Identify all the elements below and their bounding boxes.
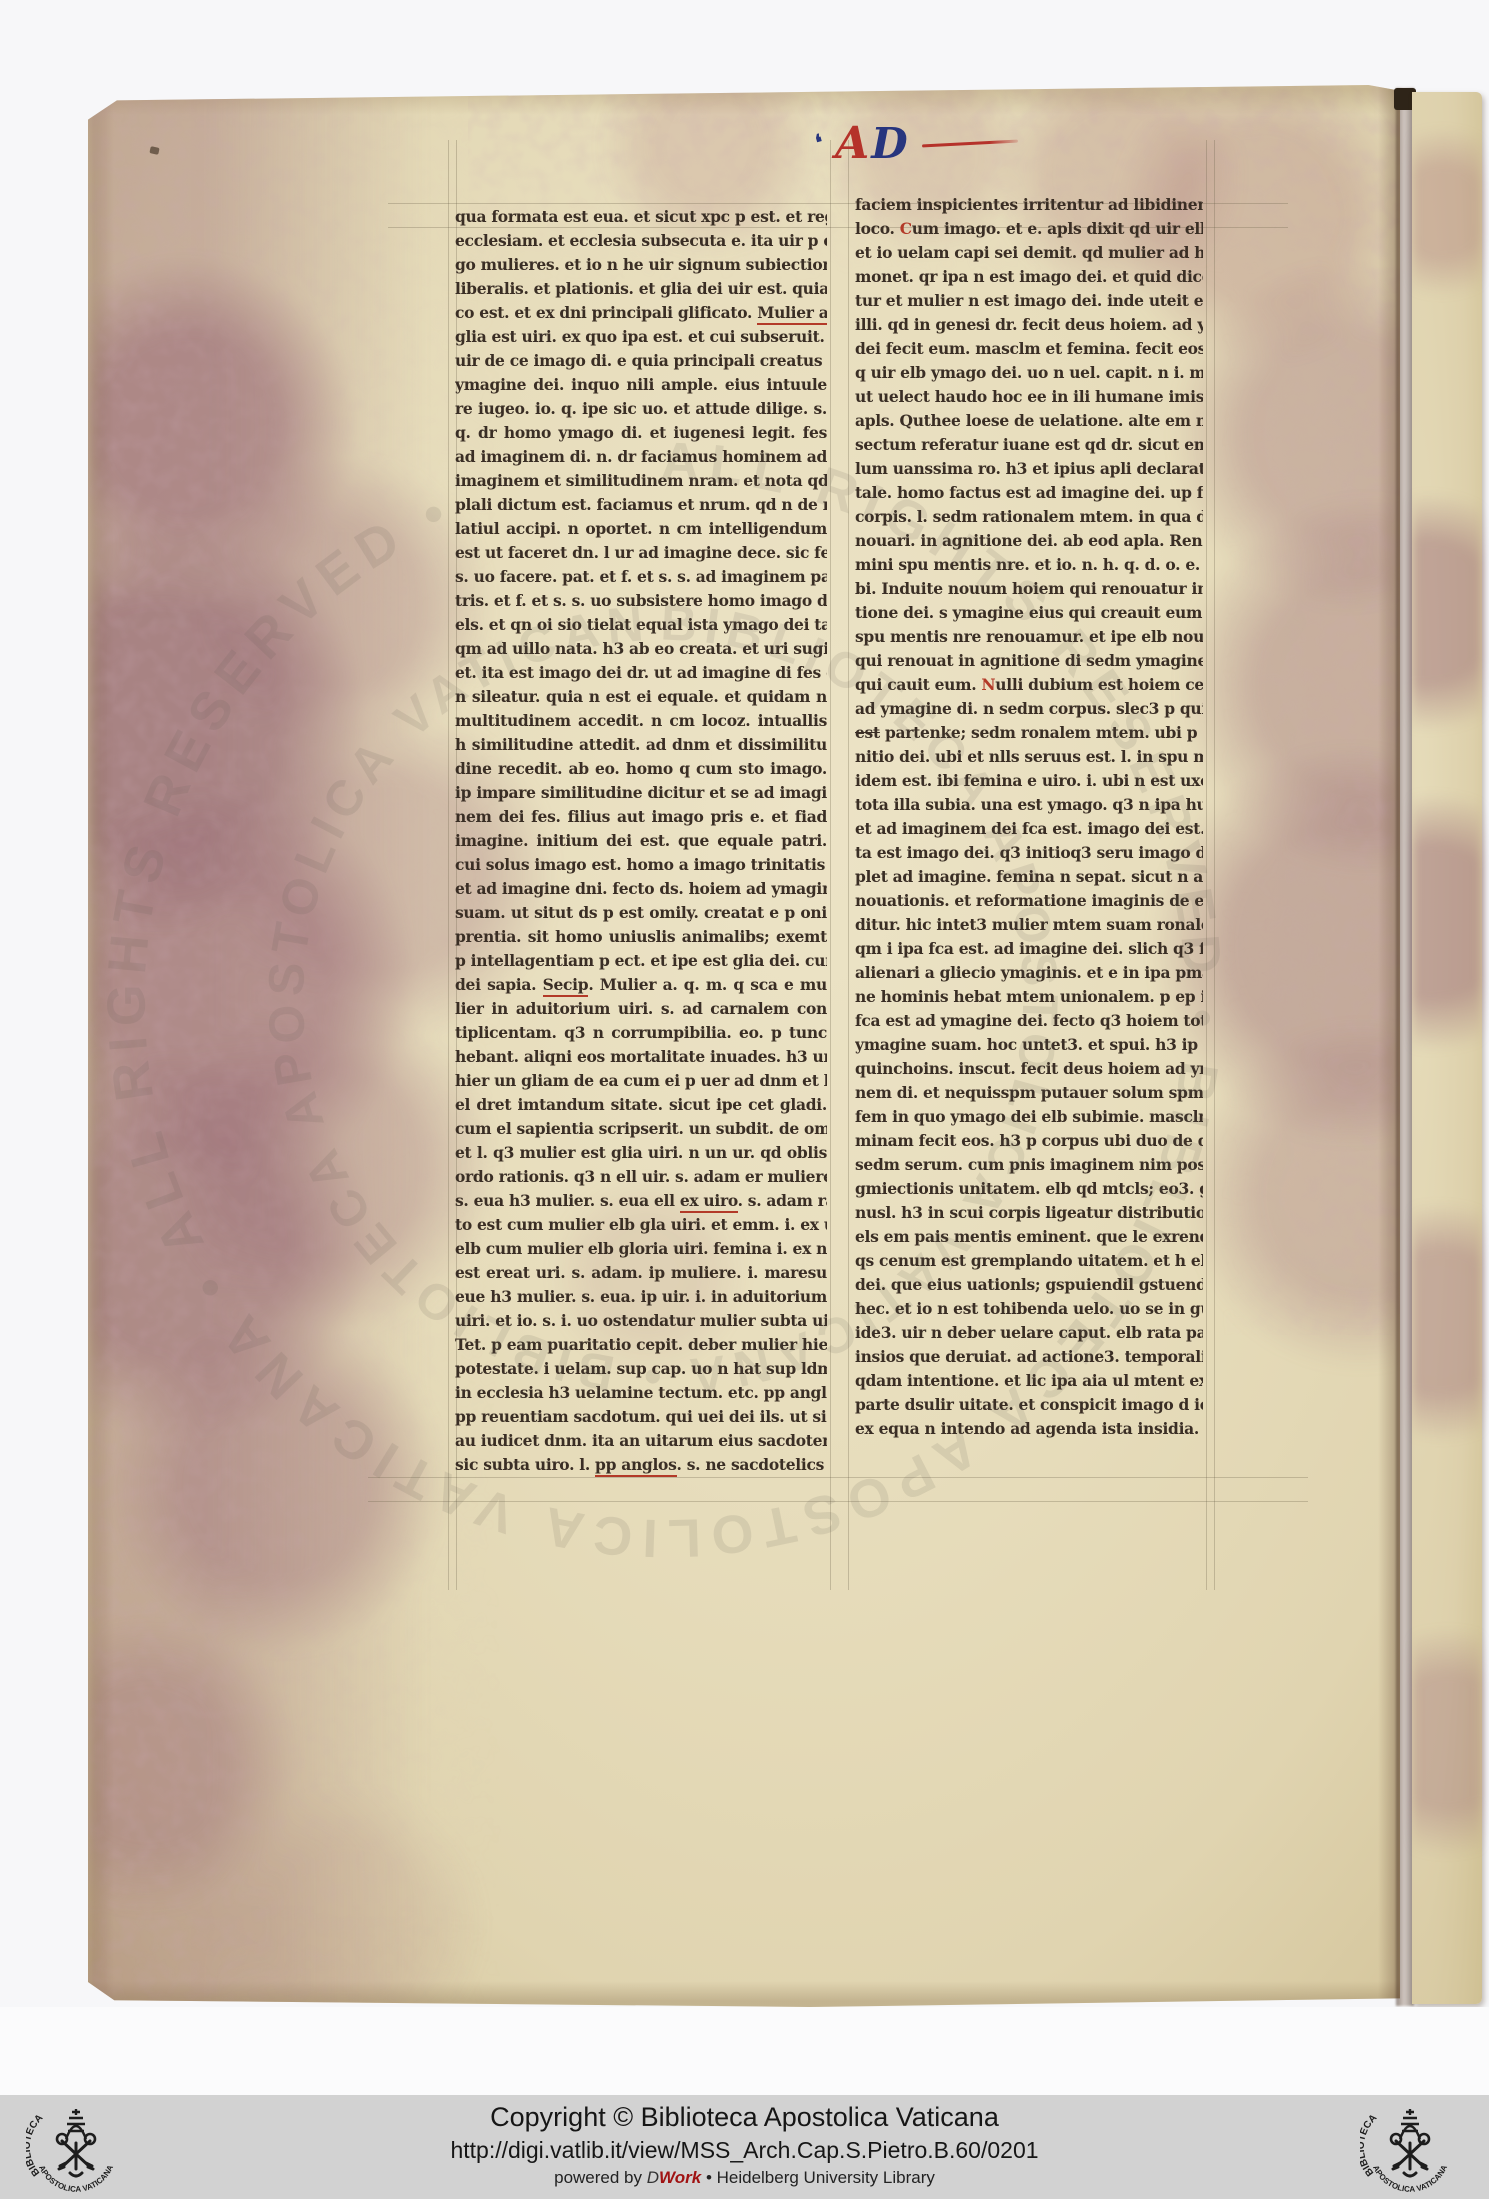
ruling-line [448,140,449,1590]
manuscript-line: tris. et f. et s. s. uo subsistere homo … [455,589,827,613]
manuscript-line: to est cum mulier elb gla uiri. et emm. … [455,1213,827,1237]
manuscript-line: dei sapia. Secip. Mulier a. q. m. q sca … [455,973,827,997]
rubric-mark: Mulier aut [757,303,827,325]
manuscript-line: lier in aduitorium uiri. s. ad carnalem … [455,997,827,1021]
manuscript-line: pp reuentiam sacdotum. qui uei dei ils. … [455,1405,827,1429]
manuscript-url: http://digi.vatlib.it/view/MSS_Arch.Cap.… [450,2137,1038,2164]
manuscript-line: ad imaginem di. n. dr faciamus hominem a… [455,445,827,469]
manuscript-line: ymagine dei. inquo nili ample. eius intu… [455,373,827,397]
running-header-ornament: ❛ A D [816,115,1018,171]
manuscript-line: glia est uiri. ex quo ipa est. et cui su… [455,325,827,349]
manuscript-line: els em pais mentis eminent. que le exren… [855,1225,1203,1249]
text-column-left: qua formata est eua. et sicut xpc p est.… [455,205,827,1477]
manuscript-line [855,1441,1203,1465]
manuscript-line: corpis. l. sedm rationalem mtem. in qua … [855,505,1203,529]
manuscript-line: nouationis. et reformatione imaginis de … [855,889,1203,913]
manuscript-line: au iudicet dnm. ita an uitarum eius sacd… [455,1429,827,1453]
manuscript-line: plet ad imagine. femina n sepat. sicut n… [855,865,1203,889]
manuscript-line: potestate. i uelam. sup cap. uo n hat su… [455,1357,827,1381]
manuscript-line: nem di. et nequisspm putauer solum spm h… [855,1081,1203,1105]
manuscript-line: idem est. ibi femina e uiro. i. ubi n es… [855,769,1203,793]
manuscript-line: apls. Quthee loese de uelatione. alte em… [855,409,1203,433]
manuscript-line: est ereat uri. s. adam. ip muliere. i. m… [455,1261,827,1285]
manuscript-line: lum uanssima ro. h3 et ipius apli declar… [855,457,1203,481]
manuscript-line: minam fecit eos. h3 p corpus ubi duo de … [855,1129,1203,1153]
manuscript-line: parte dsulir uitate. et conspicit imago … [855,1393,1203,1417]
ruling-line [368,1477,1308,1478]
rubric-mark: C [900,219,912,238]
manuscript-line: ne hominis hebat mtem unionalem. p ep ip… [855,985,1203,1009]
manuscript-line: ex equa n intendo ad agenda ista insidia… [855,1417,1203,1441]
copyright-text: Copyright © Biblioteca Apostolica Vatica… [490,2102,999,2133]
manuscript-line: tale. homo factus est ad imagine dei. up… [855,481,1203,505]
manuscript-line: plali dictum est. faciamus et nrum. qd n… [455,493,827,517]
manuscript-line: ymagine suam. hoc untet3. et spui. h3 ip… [855,1033,1203,1057]
copyright-bar: BIBLIOTECA APOSTOLICA VATICANA Copyright… [0,2095,1489,2199]
manuscript-line: ad ymagine di. n sedm corpus. slec3 p qu… [855,697,1203,721]
ruling-line [368,1501,1308,1502]
manuscript-line: co est. et ex dni principali glificato. … [455,301,827,325]
header-letter-a: A [835,118,869,169]
vatican-library-emblem: BIBLIOTECA APOSTOLICA VATICANA [1360,2097,1460,2197]
manuscript-line: suam. ut situt ds p est omily. creatat e… [455,901,827,925]
manuscript-line: ecclesiam. et ecclesia subsecuta e. ita … [455,229,827,253]
powered-by-text: powered by DWork • Heidelberg University… [554,2168,935,2188]
manuscript-line: et ad imagine dni. fecto ds. hoiem ad ym… [455,877,827,901]
manuscript-line: dei fecit eum. masclm et femina. fecit e… [855,337,1203,361]
manuscript-line: quinchoins. inscut. fecit deus hoiem ad … [855,1057,1203,1081]
dwork-d: D [647,2168,659,2187]
scan-background [0,2007,1489,2095]
digitized-manuscript-page: ❛ A D qua formata est eua. et sicut xpc … [0,0,1489,2199]
manuscript-line: illi. qd in genesi dr. fecit deus hoiem.… [855,313,1203,337]
manuscript-line: go mulieres. et io n he uir signum subie… [455,253,827,277]
manuscript-line: hier un gliam de ea cum ei p uer ad dnm … [455,1069,827,1093]
conjugate-leaf-edge [1412,92,1482,2004]
manuscript-line: fca est ad ymagine dei. fecto q3 hoiem t… [855,1009,1203,1033]
manuscript-line: ut uelect haudo hoc ee in ili humane imi… [855,385,1203,409]
manuscript-line: s. eua h3 mulier. s. eua ell ex uiro. s.… [455,1189,827,1213]
manuscript-line: sic subta uiro. l. pp anglos. s. ne sacd… [455,1453,827,1477]
manuscript-line: elb cum mulier elb gloria uiri. femina i… [455,1237,827,1261]
manuscript-line: cui solus imago est. homo a imago trinit… [455,853,827,877]
manuscript-line: est ut faceret dn. l ur ad imagine dece.… [455,541,827,565]
manuscript-line: els. et qn oi sio tielat equal ista ymag… [455,613,827,637]
manuscript-line: est partenke; sedm ronalem mtem. ubi p c… [855,721,1203,745]
manuscript-line: q uir elb ymago dei. uo n uel. capit. n … [855,361,1203,385]
manuscript-line: bi. Induite nouum hoiem qui renouatur im… [855,577,1203,601]
ruling-line [1206,140,1207,1590]
manuscript-line: mini spu mentis nre. et io. n. h. q. d. … [855,553,1203,577]
manuscript-line: p intellagentiam p ect. et ipe est glia … [455,949,827,973]
manuscript-line: dei. que eius uationls; gspuiendil gstue… [855,1273,1203,1297]
manuscript-line: hec. et io n est tohibenda uelo. uo se i… [855,1297,1203,1321]
manuscript-line: cum el sapientia scripserit. un subdit. … [455,1117,827,1141]
manuscript-line: qm ad uillo nata. h3 ab eo creata. et ur… [455,637,827,661]
manuscript-line: qdam intentione. et lic ipa aia ul mtent… [855,1369,1203,1393]
manuscript-line: spu mentis nre renouamur. et ipe elb nou… [855,625,1203,649]
manuscript-line: et l. q3 mulier est glia uiri. n un ur. … [455,1141,827,1165]
mould-stains [1412,92,1482,2004]
rubric-mark: ex uiro [680,1191,738,1213]
manuscript-line: et. ita est imago dei dr. ut ad imagine … [455,661,827,685]
manuscript-line: alienari a gliecio ymaginis. et e in ipa… [855,961,1203,985]
manuscript-line: tota illa subia. una est ymago. q3 n ipa… [855,793,1203,817]
manuscript-line: ip impare similitudine dicitur et se ad … [455,781,827,805]
manuscript-line: q. dr homo ymago di. et iugenesi legit. … [455,421,827,445]
manuscript-line: qui cauit eum. Nulli dubium est hoiem ce… [855,673,1203,697]
manuscript-line: nouari. in agnitione dei. ab eod apla. R… [855,529,1203,553]
manuscript-line: latiul accipi. n oportet. n cm intellige… [455,517,827,541]
manuscript-line: tione dei. s ymagine eius qui creauit eu… [855,601,1203,625]
manuscript-line: qm i ipa fca est. ad imagine dei. slich … [855,937,1203,961]
manuscript-line: eue h3 mulier. s. eua. ip uir. i. in adu… [455,1285,827,1309]
powered-prefix: powered by [554,2168,647,2187]
red-flourish-icon [922,139,1018,147]
manuscript-line: ta est imago dei. q3 initioq3 seru imago… [855,841,1203,865]
ruling-line [830,140,831,1590]
manuscript-line: ditur. hic intet3 mulier mtem suam ronal… [855,913,1203,937]
manuscript-line: et ad imaginem dei fca est. imago dei es… [855,817,1203,841]
blue-flourish-icon: ❛ [813,130,827,157]
manuscript-line: loco. Cum imago. et e. apls dixit qd uir… [855,217,1203,241]
ruling-line [848,140,849,1590]
manuscript-line: h similitudine attedit. ad dnm et dissim… [455,733,827,757]
manuscript-line: nitio dei. ubi et nlls seruus est. l. in… [855,745,1203,769]
rubric-mark: est [855,723,880,742]
powered-suffix: • Heidelberg University Library [701,2168,935,2187]
manuscript-line: faciem inspicientes irritentur ad libidi… [855,193,1203,217]
manuscript-line: sectum referatur iuane est qd dr. sicut … [855,433,1203,457]
text-column-right: faciem inspicientes irritentur ad libidi… [855,193,1203,1465]
manuscript-line: gmiectionis unitatem. elb qd mtcls; eo3.… [855,1177,1203,1201]
manuscript-line: nem dei fes. filius aut imago pris e. et… [455,805,827,829]
manuscript-line: prentia. sit homo uniuslis animalibs; ex… [455,925,827,949]
manuscript-line: qua formata est eua. et sicut xpc p est.… [455,205,827,229]
manuscript-line: liberalis. et plationis. et glia dei uir… [455,277,827,301]
rubric-mark: Secip [543,975,589,997]
manuscript-line: hebant. aliqni eos mortalitate inuades. … [455,1045,827,1069]
manuscript-line: sedm serum. cum pnis imaginem nim posuit… [855,1153,1203,1177]
manuscript-leaf: ❛ A D qua formata est eua. et sicut xpc … [88,85,1400,2007]
rubric-mark: pp anglos [595,1455,676,1477]
manuscript-line: qui renouat in agnitione di sedm ymagine… [855,649,1203,673]
manuscript-line: tiplicentam. q3 n corrumpibilia. eo. p t… [455,1021,827,1045]
manuscript-line: monet. qr ipa n est imago dei. et quid d… [855,265,1203,289]
manuscript-line: dine recedit. ab eo. homo q cum sto imag… [455,757,827,781]
manuscript-line: nusl. h3 in scui corpis ligeatur distrib… [855,1201,1203,1225]
manuscript-line: ordo rationis. q3 n ell uir. s. adam er … [455,1165,827,1189]
manuscript-line: et io uelam capi sei demit. qd mulier ad… [855,241,1203,265]
manuscript-line: el dret imtandum sitate. sicut ipe cet g… [455,1093,827,1117]
tiara-and-keys-icon [1391,2109,1429,2176]
rubric-mark: N [981,675,995,694]
header-letter-d: D [871,119,907,168]
manuscript-line: s. uo facere. pat. et f. et s. s. ad ima… [455,565,827,589]
ruling-line [1214,140,1215,1590]
manuscript-line: n sileatur. quia n est ei equale. et qui… [455,685,827,709]
dwork-logo: Work [659,2168,701,2187]
manuscript-line: fem in quo ymago dei elb subimie. masclm… [855,1105,1203,1129]
manuscript-line: uiri. et io. s. i. uo ostendatur mulier … [455,1309,827,1333]
manuscript-line: uir de ce imago di. e quia principali cr… [455,349,827,373]
manuscript-line: insios que deruiat. ad actione3. tempora… [855,1345,1203,1369]
manuscript-line: Tet. p eam puaritatio cepit. deber mulie… [455,1333,827,1357]
manuscript-line: in ecclesia h3 uelamine tectum. etc. pp … [455,1381,827,1405]
manuscript-line: imaginem et similitudinem nram. et nota … [455,469,827,493]
manuscript-line: imagine. initium dei est. que equale pat… [455,829,827,853]
quire-mark [149,146,159,155]
manuscript-line: ide3. uir n deber uelare caput. elb rata… [855,1321,1203,1345]
manuscript-line: tur et mulier n est imago dei. inde utei… [855,289,1203,313]
manuscript-line: re iugeo. io. q. ipe sic uo. et attude d… [455,397,827,421]
manuscript-line: multitudinem accedit. n cm locoz. intual… [455,709,827,733]
manuscript-line: qs cenum est gremplando uitatem. et h el… [855,1249,1203,1273]
